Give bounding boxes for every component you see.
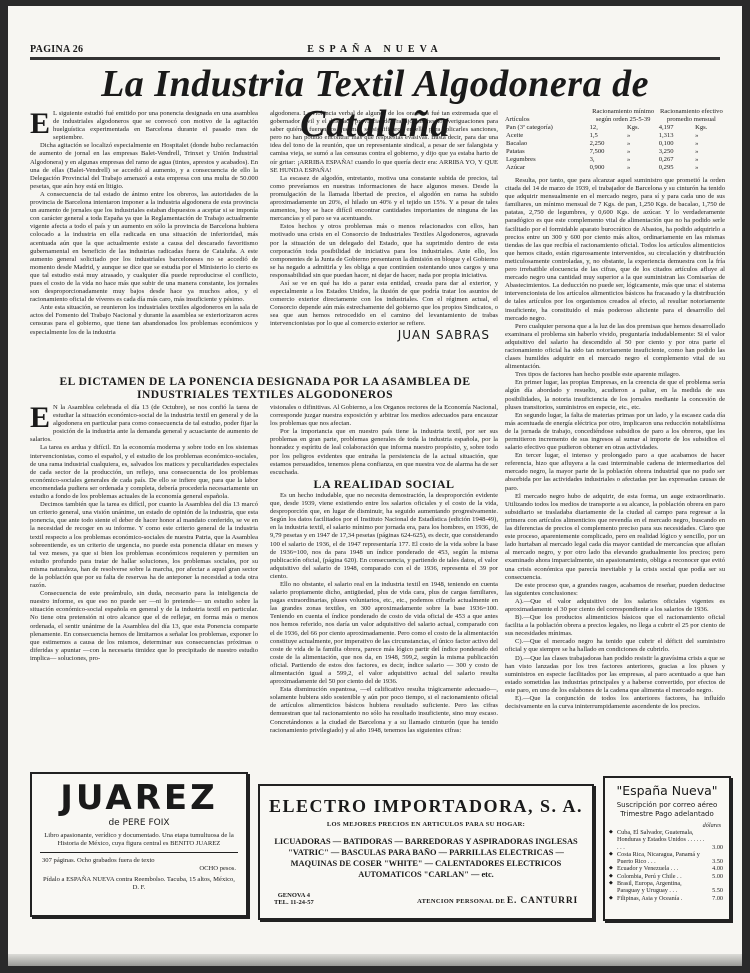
table-row: Aceite1,5»1,313» [505, 132, 725, 140]
ad-author: de PERE FOIX [32, 818, 246, 828]
drop-cap: E [30, 405, 50, 431]
paragraph: De este proceso que, a grandes rasgos, a… [505, 582, 725, 598]
ad-juarez-book: JUAREZ de PERE FOIX Libro apasionante, v… [30, 772, 248, 917]
conclusion-d: D).—Que las clases trabajadoras han podi… [505, 655, 725, 695]
paragraph: Ante esta situación, se reunieron los in… [30, 304, 258, 336]
paragraph: Dicha agitación se localizó especialment… [30, 142, 258, 191]
ad-title: ELECTRO IMPORTADORA, S. A. [260, 796, 592, 817]
ad-footer: GENOVA 4 TEL. 11-24-57 ATENCION PERSONAL… [260, 880, 592, 906]
paragraph: Así se ve en qué ha ido a parar esta ent… [270, 280, 498, 329]
header-rule [30, 57, 720, 60]
drop-cap: E [30, 111, 50, 137]
ad-order-info: Pídalo a ESPAÑA NUEVA contra Reembolso. … [32, 876, 246, 892]
ad-pages-price: 307 páginas. Ocho grabados fuera de text… [32, 857, 246, 865]
rationing-table: Artículos Racionamiento mínimo según ord… [505, 108, 725, 172]
article2-column-2: visionales o difinitivas. Al Gobierno, a… [270, 404, 498, 735]
paragraph: algodonera. La violencia verbal de algun… [270, 110, 498, 175]
paragraph: EN la Asamblea celebrada el día 13 (de O… [30, 404, 258, 444]
paragraph: Ello no obstante, el salario real en la … [270, 581, 498, 686]
table-row: Patatas7,500»3,250» [505, 148, 725, 156]
conclusion-c: C).—Que el mercado negro ha tenido que c… [505, 638, 725, 654]
table-row: Pan (3ª categoría)12,Kgs.4,197Kgs. [505, 124, 725, 132]
paragraph: Consecuencia de este preámbulo, sin duda… [30, 590, 258, 663]
ad-electro-importadora: ELECTRO IMPORTADORA, S. A. LOS MEJORES P… [258, 784, 594, 920]
paragraph: A consecuencia de tal estado de ánimo en… [30, 191, 258, 304]
ad-contact-name: E. CANTURRI [507, 896, 578, 906]
paragraph: La tarea es ardua y difícil. En la econo… [30, 444, 258, 501]
table-row: Legumbres3,»0,267» [505, 156, 725, 164]
byline: JUAN SABRAS [270, 331, 498, 339]
table-row: Bacalao2,250»0,100» [505, 140, 725, 148]
article1-column-1: EL siguiente estudió fué emitido por una… [30, 110, 258, 337]
bullet-icon: ◆ [609, 865, 617, 872]
column-3: Artículos Racionamiento mínimo según ord… [505, 108, 725, 711]
ad-subtitle: Suscripción por correo aéreo [605, 801, 729, 810]
list-item: ◆Costa Rica, Nicaragua, Panamá y Puerto … [609, 851, 723, 866]
bullet-icon: ◆ [609, 851, 617, 866]
ad-price: OCHO pesos. [32, 865, 246, 873]
currency-label: dólares [605, 822, 729, 829]
ad-attention: ATENCION PERSONAL DE E. CANTURRI [417, 896, 578, 906]
list-item: ◆Brasil, Europa, Argentina, Paraguay y U… [609, 880, 723, 895]
paragraph: En tercer lugar, el intenso y prolongado… [505, 452, 725, 492]
paragraph: En segundo lugar, la falta de materias p… [505, 412, 725, 452]
table-header: Artículos [505, 108, 589, 124]
ad-title: "España Nueva" [605, 783, 729, 798]
bullet-icon: ◆ [609, 880, 617, 895]
paragraph: Por la importancia que en nuestro país t… [270, 428, 498, 477]
bullet-icon: ◆ [609, 895, 617, 902]
ad-subscription: "España Nueva" Suscripción por correo aé… [603, 776, 731, 921]
paragraph: La escasez de algodón, entretanto, motiv… [270, 175, 498, 224]
masthead: ESPAÑA NUEVA [30, 44, 720, 55]
conclusion-e: E).—Que la conjunción de todos los anter… [505, 695, 725, 711]
paragraph: Resulta, por tanto, que para alcanzar aq… [505, 177, 725, 323]
paragraph: Esta disminución espantosa, —el califica… [270, 686, 498, 735]
article2-column-1: EN la Asamblea celebrada el día 13 (de O… [30, 404, 258, 663]
article2-headline: EL DICTAMEN DE LA PONENCIA DESIGNADA POR… [30, 376, 500, 402]
paragraph: Es un hecho indudable, que no necesita d… [270, 492, 498, 581]
conclusion-a: A).—Que el valor adquisitivo de los sala… [505, 598, 725, 614]
list-item: ◆Ecuador y Venezuela . . .4.00 [609, 865, 723, 872]
ad-subtitle: Trimestre Pago adelantado [605, 810, 729, 819]
list-item: ◆Colombia, Perú y Chile . .5.00 [609, 873, 723, 880]
list-item: ◆Cuba, El Salvador, Guatemala, Honduras … [609, 829, 723, 851]
ad-product-list: LICUADORAS — BATIDORAS — BARREDORAS Y AS… [260, 836, 592, 880]
divider [40, 852, 238, 853]
section-heading: LA REALIDAD SOCIAL [270, 480, 498, 488]
paragraph: Decimos también que la tarea es difícil,… [30, 501, 258, 590]
article1-column-2: algodonera. La violencia verbal de algun… [270, 110, 498, 339]
paragraph: El mercado negro hubo de adquirir, de es… [505, 493, 725, 582]
scan-edge [8, 954, 742, 966]
ad-blurb: Libro apasionante, verídico y documentad… [32, 832, 246, 848]
ad-address: GENOVA 4 TEL. 11-24-57 [274, 892, 314, 906]
bullet-icon: ◆ [609, 829, 617, 851]
table-header: Racionamiento mínimo según orden 25-5-39 [589, 108, 658, 124]
rate-list: ◆Cuba, El Salvador, Guatemala, Honduras … [605, 829, 729, 902]
ad-title: JUAREZ [32, 778, 246, 818]
bullet-icon: ◆ [609, 873, 617, 880]
ad-tagline: LOS MEJORES PRECIOS EN ARTICULOS PARA SU… [260, 821, 592, 828]
paragraph: Pero cualquier persona que a la luz de l… [505, 323, 725, 372]
table-header: Racionamiento efectivo promedio mensual [658, 108, 725, 124]
conclusion-b: B).—Que los productos alimenticios básic… [505, 614, 725, 638]
paragraph: visionales o difinitivas. Al Gobierno, a… [270, 404, 498, 428]
table-row: Azúcar0,900»0,295» [505, 164, 725, 172]
paragraph: EL siguiente estudió fué emitido por una… [30, 110, 258, 142]
paragraph: Estos hechos y otros problemas más o men… [270, 223, 498, 280]
list-item: ◆Filipinas, Asia y Oceanía .7.00 [609, 895, 723, 902]
paragraph: Tres tipos de factores han hecho posible… [505, 371, 725, 379]
newspaper-page: PAGINA 26 ESPAÑA NUEVA La Industria Text… [8, 6, 742, 966]
paragraph: En primer lugar, las propias Empresas, e… [505, 379, 725, 411]
